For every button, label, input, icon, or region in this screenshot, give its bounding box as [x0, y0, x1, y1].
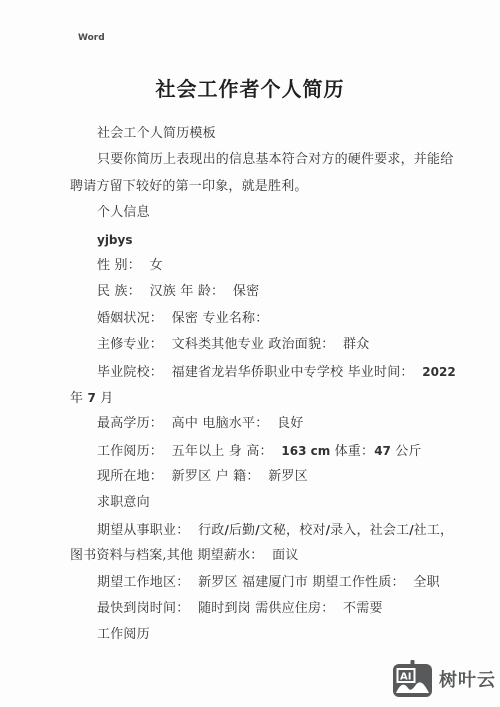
document-line: 图书资料与档案,其他 期望薪水： 面议 [70, 543, 442, 569]
document-line: 现所在地： 新罗区 户 籍： 新罗区 [70, 464, 442, 490]
text-segment: 性 别： 女 [97, 258, 163, 273]
text-segment: 最快到岗时间： 随时到岗 需供应住房： 不需要 [97, 601, 383, 616]
text-segment: 月 [96, 391, 114, 406]
text-segment: 只要你简历上表现出的信息基本符合对方的硬件要求，并能给 [97, 152, 453, 167]
ai-icon-label: AI [400, 672, 411, 683]
text-segment: 图书资料与档案,其他 期望薪水： 面议 [70, 548, 299, 563]
document-title: 社会工作者个人简历 [0, 73, 500, 102]
text-segment: 社工， [414, 523, 454, 538]
document-line: 个人信息 [70, 200, 442, 226]
document-line: 婚姻状况： 保密 专业名称： [70, 306, 442, 332]
text-segment: 工作阅历： 五年以上 身 高： [97, 444, 281, 459]
latin-text-segment: 7 [88, 391, 96, 405]
document-line: 工作阅历 [70, 622, 442, 648]
text-segment: 体重： [330, 444, 374, 459]
text-segment: 文秘，校对 [260, 523, 326, 538]
document-line: 期望工作地区： 新罗区 福建厦门市 期望工作性质： 全职 [70, 570, 442, 596]
document-line: 毕业院校： 福建省龙岩华侨职业中专学校 毕业时间： 2022 [70, 359, 442, 385]
document-line: 民 族： 汉族 年 龄： 保密 [70, 279, 442, 305]
brand-watermark: AI 树叶云 [392, 660, 496, 698]
document-line: yjbys [70, 227, 442, 253]
document-line: 性 别： 女 [70, 253, 442, 279]
latin-text-segment: 47 [374, 444, 391, 458]
latin-text-segment: 2022 [422, 365, 455, 379]
word-document-page: Word 社会工作者个人简历 社会工个人简历模板只要你简历上表现出的信息基本符合… [0, 0, 500, 707]
text-segment: 录入，社会工 [330, 523, 409, 538]
text-segment: 聘请方留下较好的第一印象，就是胜利。 [70, 179, 308, 194]
latin-text-segment: 163 cm [281, 444, 330, 458]
text-segment: 年 [70, 391, 88, 406]
document-line: 年 7 月 [70, 385, 442, 411]
text-segment: 主修专业： 文科类其他专业 政治面貌： 群众 [97, 337, 369, 352]
text-segment: 婚姻状况： 保密 专业名称： [97, 311, 268, 326]
text-segment: 公斤 [391, 444, 422, 459]
app-label: Word [78, 33, 105, 43]
text-segment: 期望从事职业： 行政 [97, 523, 224, 538]
text-segment: 期望工作地区： 新罗区 福建厦门市 期望工作性质： 全职 [97, 575, 440, 590]
document-line: 最高学历： 高中 电脑水平： 良好 [70, 411, 442, 437]
text-segment: 社会工个人简历模板 [97, 126, 216, 141]
document-body: 社会工个人简历模板只要你简历上表现出的信息基本符合对方的硬件要求，并能给聘请方留… [70, 121, 442, 649]
text-segment: 求职意向 [97, 495, 150, 510]
text-segment: 民 族： 汉族 年 龄： 保密 [97, 284, 259, 299]
brand-name: 树叶云 [439, 666, 496, 692]
document-line: 主修专业： 文科类其他专业 政治面貌： 群众 [70, 332, 442, 358]
document-line: 只要你简历上表现出的信息基本符合对方的硬件要求，并能给 [70, 147, 442, 173]
text-segment: 工作阅历 [97, 627, 150, 642]
text-segment: 现所在地： 新罗区 户 籍： 新罗区 [97, 469, 308, 484]
document-line: 最快到岗时间： 随时到岗 需供应住房： 不需要 [70, 596, 442, 622]
document-line: 社会工个人简历模板 [70, 121, 442, 147]
document-line: 期望从事职业： 行政/后勤/文秘，校对/录入，社会工/社工， [70, 517, 442, 543]
latin-text-segment: yjbys [97, 233, 133, 247]
text-segment: 后勤 [229, 523, 255, 538]
ai-image-icon: AI [392, 660, 433, 698]
text-segment: 毕业院校： 福建省龙岩华侨职业中专学校 毕业时间： [97, 365, 422, 380]
text-segment: 最高学历： 高中 电脑水平： 良好 [97, 416, 303, 431]
document-line: 聘请方留下较好的第一印象，就是胜利。 [70, 174, 442, 200]
text-segment: 个人信息 [97, 205, 150, 220]
document-line: 求职意向 [70, 490, 442, 516]
document-line: 工作阅历： 五年以上 身 高： 163 cm 体重：47 公斤 [70, 438, 442, 464]
